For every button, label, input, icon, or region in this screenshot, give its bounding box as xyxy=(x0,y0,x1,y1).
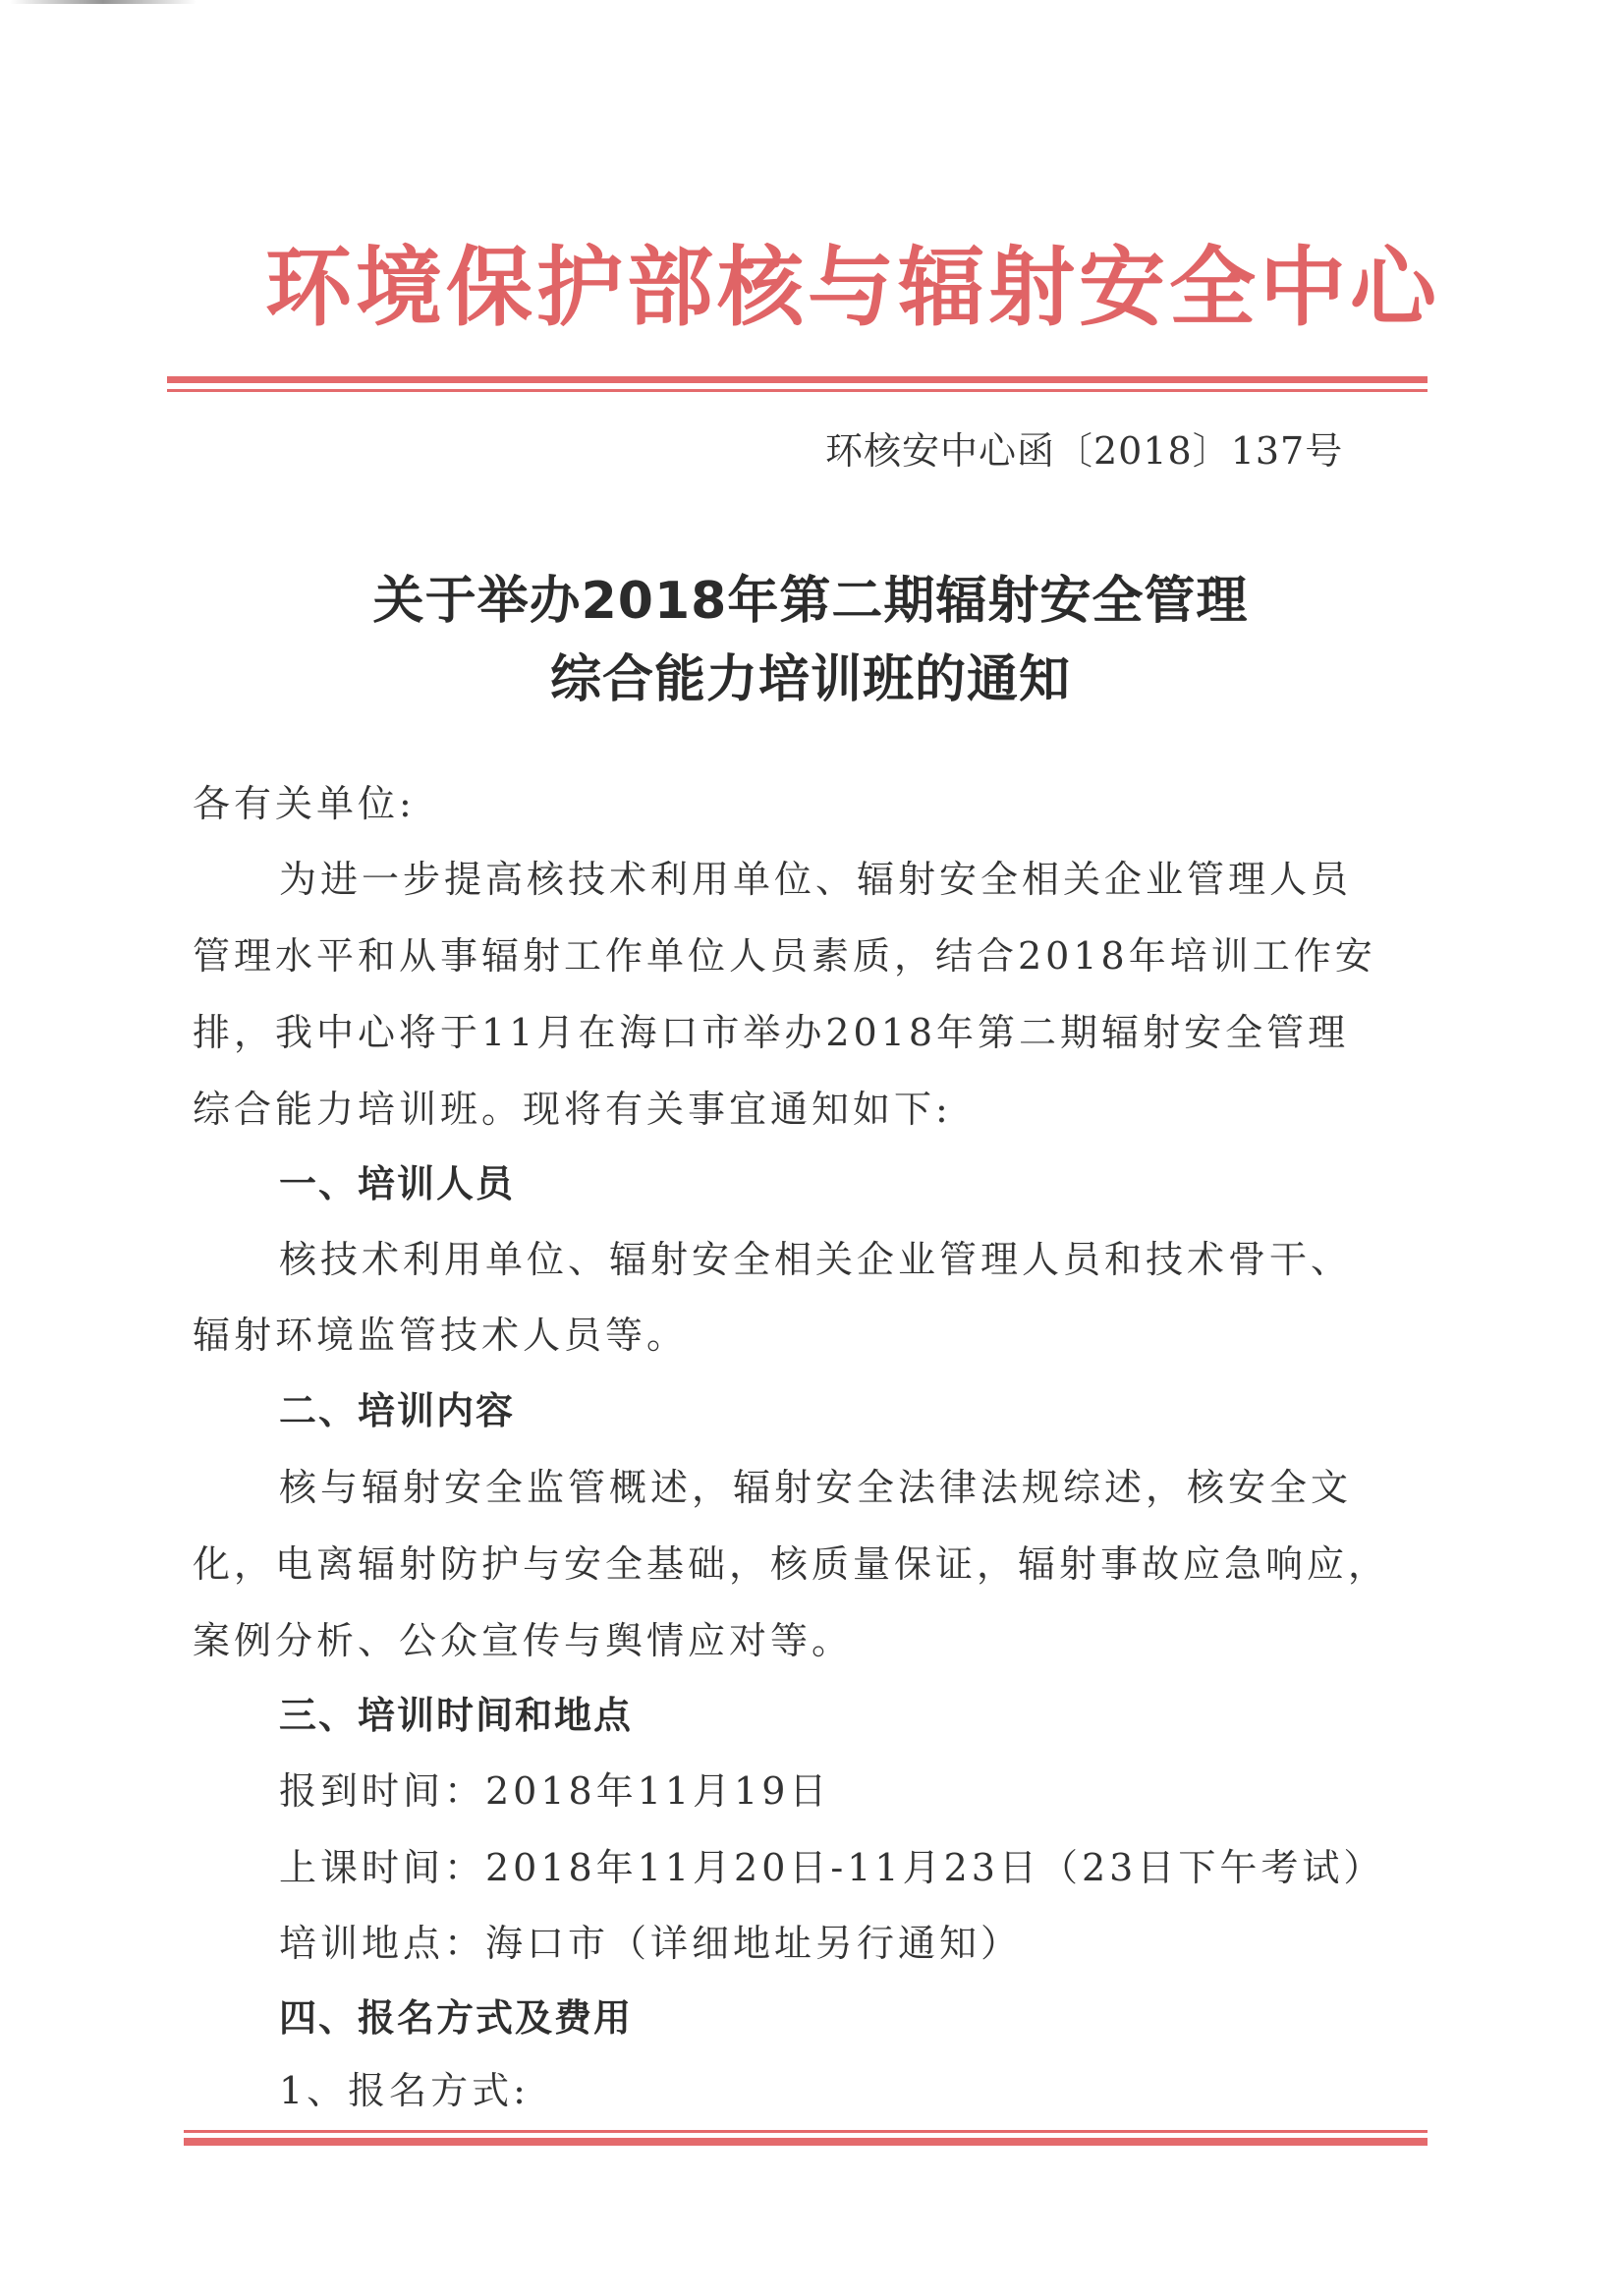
section-1-line-1: 核技术利用单位、辐射安全相关企业管理人员和技术骨干、 xyxy=(279,1222,1352,1298)
title-line-2: 综合能力培训班的通知 xyxy=(196,641,1425,719)
intro-line-2: 管理水平和从事辐射工作单位人员素质，结合2018年培训工作安 xyxy=(193,919,1376,994)
title-line-1: 关于举办2018年第二期辐射安全管理 xyxy=(196,562,1425,641)
header-red-rule-thick xyxy=(167,376,1428,383)
footer-red-rule-thick xyxy=(184,2138,1428,2146)
intro-line-1: 为进一步提高核技术利用单位、辐射安全相关企业管理人员 xyxy=(279,842,1352,918)
section-2-line-1: 核与辐射安全监管概述，辐射安全法律法规综述，核安全文 xyxy=(279,1450,1352,1526)
document-body: 各有关单位: 为进一步提高核技术利用单位、辐射安全相关企业管理人员 管理水平和从… xyxy=(193,766,1432,2142)
document-number: 环核安中心函〔2018〕137号 xyxy=(825,420,1343,475)
section-3-location: 培训地点：海口市（详细地址另行通知） xyxy=(279,1906,1022,1982)
scan-artifact xyxy=(10,0,196,4)
section-4-line-1: 1、报名方式: xyxy=(279,2053,530,2129)
section-3-checkin-time: 报到时间：2018年11月19日 xyxy=(279,1754,830,1829)
section-3-class-time: 上课时间：2018年11月20日-11月23日（23日下午考试） xyxy=(279,1830,1384,1906)
section-heading-trainees: 一、培训人员 xyxy=(279,1147,515,1222)
section-1-line-2: 辐射环境监管技术人员等。 xyxy=(193,1298,688,1373)
footer-red-rule-thin xyxy=(184,2130,1428,2133)
section-heading-time-place: 三、培训时间和地点 xyxy=(279,1678,633,1754)
document-title: 关于举办2018年第二期辐射安全管理 综合能力培训班的通知 xyxy=(196,562,1425,719)
section-2-line-3: 案例分析、公众宣传与舆情应对等。 xyxy=(193,1603,853,1679)
header-red-rule-thin xyxy=(167,389,1428,392)
section-heading-content: 二、培训内容 xyxy=(279,1373,515,1449)
letterhead-org-name: 环境保护部核与辐射安全中心 xyxy=(265,234,1366,342)
section-2-line-2: 化，电离辐射防护与安全基础，核质量保证，辐射事故应急响应， xyxy=(193,1527,1389,1602)
intro-line-4: 综合能力培训班。现将有关事宜通知如下: xyxy=(193,1072,952,1148)
intro-line-3: 排，我中心将于11月在海口市举办2018年第二期辐射安全管理 xyxy=(193,995,1349,1071)
salutation: 各有关单位: xyxy=(193,766,416,842)
section-heading-registration: 四、报名方式及费用 xyxy=(279,1981,633,2056)
